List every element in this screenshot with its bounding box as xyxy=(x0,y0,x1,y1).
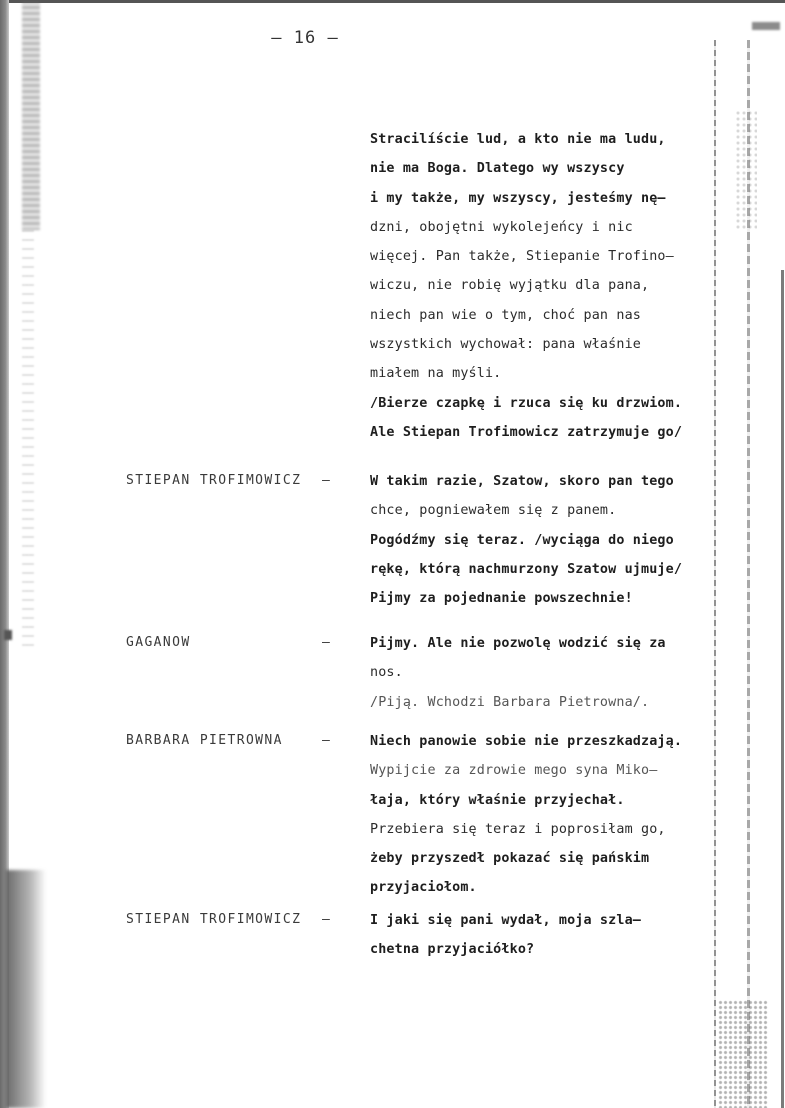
text-line: W takim razie, Szatow, skoro pan tego xyxy=(370,473,750,502)
text-line: łaja, który właśnie przyjechał. xyxy=(370,792,750,821)
dialogue-text: Stracilíście lud, a kto nie ma ludu,nie … xyxy=(370,131,750,453)
text-line: chetna przyjaciółko? xyxy=(370,941,750,970)
scan-smudge xyxy=(4,630,12,640)
speaker-name: BARBARA PIETROWNA xyxy=(126,733,283,748)
speaker-dash: – xyxy=(322,733,330,748)
scan-smudge xyxy=(22,230,34,650)
scan-edge-right xyxy=(781,270,784,1108)
text-line: Wypijcie za zdrowie mego syna Miko– xyxy=(370,762,750,791)
text-line: I jaki się pani wydał, moja szla– xyxy=(370,912,750,941)
text-line: miałem na myśli. xyxy=(370,365,750,394)
text-line: Pijmy za pojednanie powszechnie! xyxy=(370,590,750,619)
text-line: rękę, którą nachmurzony Szatow ujmuje/ xyxy=(370,561,750,590)
text-line: Stracilíście lud, a kto nie ma ludu, xyxy=(370,131,750,160)
speaker-dash: – xyxy=(322,473,330,488)
text-line: Pijmy. Ale nie pozwolę wodzić się za xyxy=(370,635,750,664)
dialogue-text: I jaki się pani wydał, moja szla–chetna … xyxy=(370,912,750,971)
scan-edge-top xyxy=(0,0,785,3)
speaker-dash: – xyxy=(322,635,330,650)
text-line: nie ma Boga. Dlatego wy wszyscy xyxy=(370,160,750,189)
text-line: żeby przyszedł pokazać się pańskim xyxy=(370,850,750,879)
speaker-name: GAGANOW xyxy=(126,635,191,650)
scan-smudge xyxy=(22,0,40,230)
dialogue-text: W takim razie, Szatow, skoro pan tegochc… xyxy=(370,473,750,619)
text-line: wiczu, nie robię wyjątku dla pana, xyxy=(370,277,750,306)
text-line: Pogódźmy się teraz. /wyciąga do niego xyxy=(370,532,750,561)
text-line: więcej. Pan także, Stiepanie Trofino– xyxy=(370,248,750,277)
text-line: nos. xyxy=(370,664,750,693)
page-number: – 16 – xyxy=(270,28,340,48)
dialogue-text: Pijmy. Ale nie pozwolę wodzić się zanos.… xyxy=(370,635,750,723)
text-line: i my także, my wszyscy, jesteśmy nę– xyxy=(370,190,750,219)
text-line: Niech panowie sobie nie przeszkadzają. xyxy=(370,733,750,762)
text-line: Przebiera się teraz i poprosiłam go, xyxy=(370,821,750,850)
scan-speckle xyxy=(718,1000,768,1108)
text-line: /Bierze czapkę i rzuca się ku drzwiom. xyxy=(370,395,750,424)
scanned-page: – 16 – Stracilíście lud, a kto nie ma lu… xyxy=(0,0,785,1108)
speaker-name: STIEPAN TROFIMOWICZ xyxy=(126,473,301,488)
text-line: chce, pogniewałem się z panem. xyxy=(370,502,750,531)
text-line: Ale Stiepan Trofimowicz zatrzymuje go/ xyxy=(370,424,750,453)
text-line: przyjaciołom. xyxy=(370,879,750,908)
text-line: dzni, obojętni wykolejeńcy i nic xyxy=(370,219,750,248)
dialogue-text: Niech panowie sobie nie przeszkadzają.Wy… xyxy=(370,733,750,909)
speaker-dash: – xyxy=(322,912,330,927)
text-line: niech pan wie o tym, choć pan nas xyxy=(370,307,750,336)
text-line: wszystkich wychował: pana właśnie xyxy=(370,336,750,365)
speaker-name: STIEPAN TROFIMOWICZ xyxy=(126,912,301,927)
text-line: /Piją. Wchodzi Barbara Pietrowna/. xyxy=(370,694,750,723)
scan-speckle xyxy=(752,22,780,30)
scan-smudge xyxy=(6,870,46,1108)
